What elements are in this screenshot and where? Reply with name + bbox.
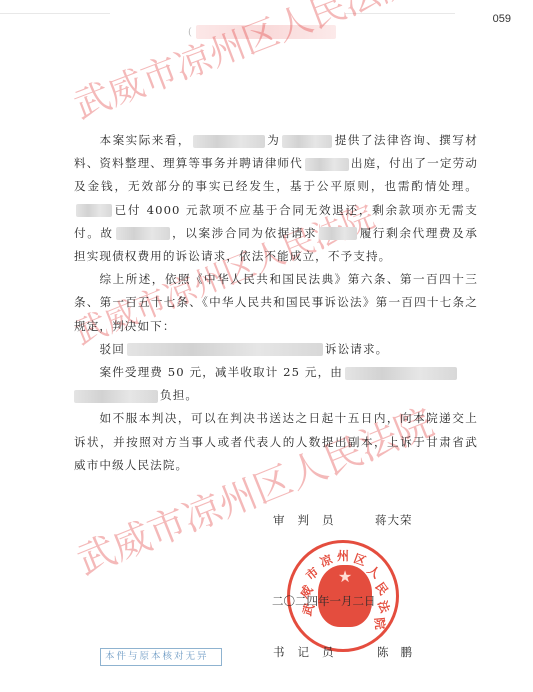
paragraph-appeal: 如不服本判决，可以在判决书送达之日起十五日内，向本院递交上诉状，并按照对方当事人…	[74, 407, 478, 477]
page-number: 059	[493, 13, 511, 25]
scan-artifact-line	[0, 13, 110, 14]
redaction	[305, 158, 349, 171]
judgment-body: 本案实际来看，为提供了法律咨询、撰写材料、资料整理、理算等事务并聘请律师代出庭，…	[74, 129, 478, 477]
certified-copy-stamp: 本件与原本核对无异	[100, 648, 222, 666]
paragraph-legal-basis: 综上所述，依照《中华人民共和国民法典》第六条、第一百四十三条、第一百五十七条、《…	[74, 268, 478, 338]
paragraph-ruling: 驳回诉讼请求。	[74, 338, 478, 361]
judge-role: 审判员	[273, 512, 355, 528]
judgment-date: 二〇二四年一月二日	[272, 593, 376, 609]
redaction	[74, 390, 158, 403]
clerk-signature: 书记员陈鹏	[273, 644, 424, 660]
scan-artifact-line	[345, 13, 455, 14]
redaction	[116, 227, 170, 240]
redaction	[319, 227, 357, 240]
judge-name: 蒋大荣	[375, 513, 413, 527]
watermark-top: 武威市凉州区人民法院	[66, 0, 420, 129]
redaction	[345, 367, 457, 380]
paragraph-fees: 案件受理费 50 元，减半收取计 25 元，由负担。	[74, 361, 478, 407]
redaction	[282, 135, 332, 148]
clerk-role: 书记员	[273, 644, 355, 660]
header-redaction	[196, 25, 336, 39]
redaction	[76, 204, 112, 217]
clerk-name: 陈鹏	[377, 645, 424, 659]
judge-signature: 审判员蒋大荣	[273, 512, 413, 528]
paragraph-reasoning: 本案实际来看，为提供了法律咨询、撰写材料、资料整理、理算等事务并聘请律师代出庭，…	[74, 129, 478, 268]
redaction	[127, 343, 323, 356]
top-bracket-mark: (	[188, 27, 192, 38]
redaction	[193, 135, 265, 148]
